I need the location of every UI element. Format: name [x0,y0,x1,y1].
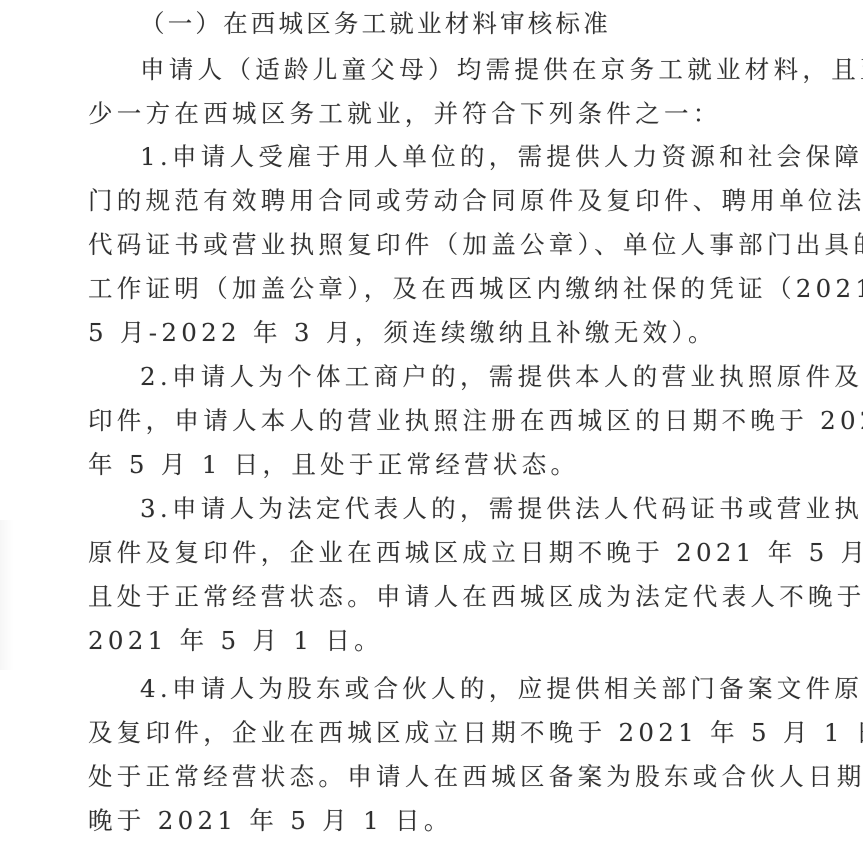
condition-line: 4.申请人为股东或合伙人的，应提供相关部门备案文件原件 [140,674,786,704]
condition-line: 印件，申请人本人的营业执照注册在西城区的日期不晚于 2021 [88,406,786,436]
condition-line: 门的规范有效聘用合同或劳动合同原件及复印件、聘用单位法人 [88,186,786,216]
condition-line: 处于正常经营状态。申请人在西城区备案为股东或合伙人日期不 [88,762,786,792]
condition-line: 2.申请人为个体工商户的，需提供本人的营业执照原件及复 [140,362,786,392]
condition-line: 且处于正常经营状态。申请人在西城区成为法定代表人不晚于 [88,582,786,612]
condition-line: 3.申请人为法定代表人的，需提供法人代码证书或营业执照 [140,494,786,524]
condition-line: 晚于 2021 年 5 月 1 日。 [88,806,788,836]
condition-line: 2021 年 5 月 1 日。 [88,626,788,656]
condition-line: 及复印件，企业在西城区成立日期不晚于 2021 年 5 月 1 日，且 [88,718,786,748]
scan-edge-shadow [0,520,14,670]
section-heading: （一）在西城区务工就业材料审核标准 [140,9,840,39]
condition-line: 工作证明（加盖公章），及在西城区内缴纳社保的凭证（2021 年 [88,274,786,304]
condition-line: 年 5 月 1 日，且处于正常经营状态。 [88,450,788,480]
intro-line: 少一方在西城区务工就业，并符合下列条件之一： [88,99,788,129]
intro-line: 申请人（适龄儿童父母）均需提供在京务工就业材料，且至 [140,55,786,85]
condition-line: 1.申请人受雇于用人单位的，需提供人力资源和社会保障部 [140,142,786,172]
document-page: （一）在西城区务工就业材料审核标准 申请人（适龄儿童父母）均需提供在京务工就业材… [0,0,863,857]
condition-line: 原件及复印件，企业在西城区成立日期不晚于 2021 年 5 月 1 日， [88,538,786,568]
condition-line: 代码证书或营业执照复印件（加盖公章）、单位人事部门出具的 [88,230,786,260]
condition-line: 5 月-2022 年 3 月，须连续缴纳且补缴无效）。 [88,318,788,348]
